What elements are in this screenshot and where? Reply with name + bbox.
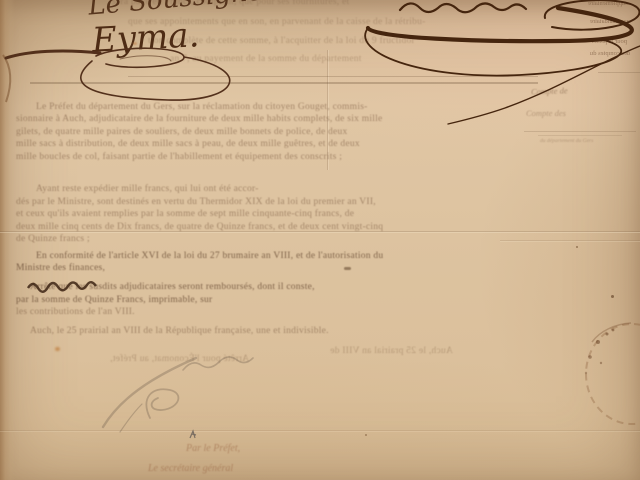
pen-tick-mark bbox=[190, 431, 196, 438]
stamp-ghost bbox=[585, 323, 640, 424]
eyma-flourish bbox=[6, 48, 230, 100]
ink-overlay bbox=[0, 0, 640, 480]
foxing-spot bbox=[133, 42, 137, 45]
torn-edge-mark bbox=[3, 55, 10, 102]
ink-smudge bbox=[344, 267, 351, 270]
signature-top-right bbox=[365, 0, 640, 124]
foxing-spot bbox=[55, 347, 60, 351]
document-page: sera payé en Francs, comptant, que pour … bbox=[0, 0, 640, 480]
ink-scribble-strikeout bbox=[28, 282, 96, 292]
foxing-spot bbox=[576, 246, 578, 248]
foxing-spot bbox=[611, 295, 614, 298]
ghost-signature bbox=[103, 357, 253, 432]
foxing-spot bbox=[365, 434, 367, 436]
